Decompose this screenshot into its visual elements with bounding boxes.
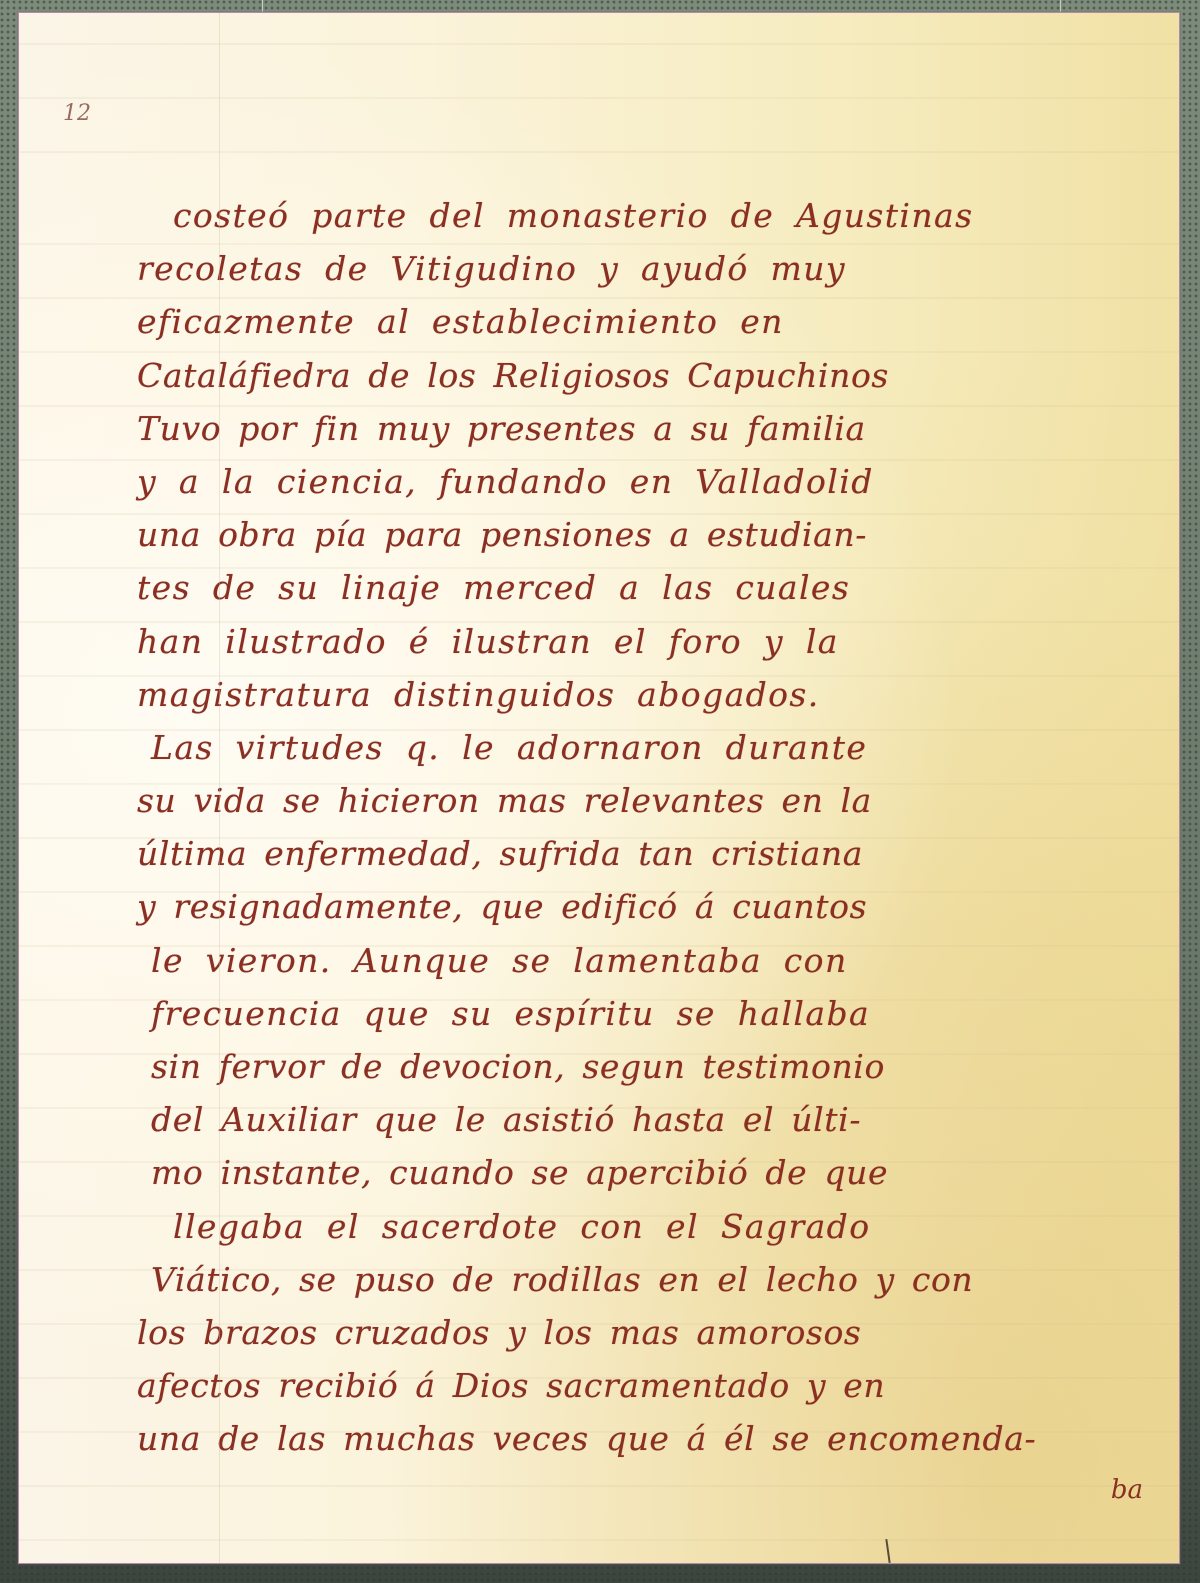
paper-tear (885, 1539, 890, 1563)
manuscript-line: y resignadamente, que edificó á cuantos (137, 880, 1177, 933)
manuscript-line: sin fervor de devocion, segun testimonio (137, 1040, 1177, 1093)
manuscript-line: Tuvo por fin muy presentes a su familia (137, 402, 1177, 455)
line-continuation: ba (1111, 1475, 1143, 1505)
page-number: 12 (63, 101, 91, 126)
manuscript-line: llegaba el sacerdote con el Sagrado (137, 1200, 1177, 1253)
manuscript-line: y a la ciencia, fundando en Valladolid (137, 455, 1177, 508)
manuscript-line: tes de su linaje merced a las cuales (137, 561, 1177, 614)
manuscript-line: han ilustrado é ilustran el foro y la (137, 615, 1177, 668)
manuscript-line: los brazos cruzados y los mas amorosos (137, 1306, 1177, 1359)
manuscript-line: eficazmente al establecimiento en (137, 295, 1177, 348)
manuscript-page: 12 costeó parte del monasterio de Agusti… (18, 12, 1180, 1564)
manuscript-line: frecuencia que su espíritu se hallaba (137, 987, 1177, 1040)
manuscript-line: Viático, se puso de rodillas en el lecho… (137, 1253, 1177, 1306)
manuscript-line: Las virtudes q. le adornaron durante (137, 721, 1177, 774)
manuscript-line: Cataláfiedra de los Religiosos Capuchino… (137, 349, 1177, 402)
manuscript-line: su vida se hicieron mas relevantes en la (137, 774, 1177, 827)
manuscript-line: del Auxiliar que le asistió hasta el últ… (137, 1093, 1177, 1146)
manuscript-text: costeó parte del monasterio de Agustinas… (137, 189, 1177, 1466)
manuscript-line: costeó parte del monasterio de Agustinas (137, 189, 1177, 242)
manuscript-line: última enfermedad, sufrida tan cristiana (137, 827, 1177, 880)
manuscript-line: recoletas de Vitigudino y ayudó muy (137, 242, 1177, 295)
manuscript-line: mo instante, cuando se apercibió de que (137, 1146, 1177, 1199)
manuscript-line: una obra pía para pensiones a estudian- (137, 508, 1177, 561)
manuscript-line: le vieron. Aunque se lamentaba con (137, 934, 1177, 987)
manuscript-line: magistratura distinguidos abogados. (137, 668, 1177, 721)
manuscript-line: afectos recibió á Dios sacramentado y en (137, 1359, 1177, 1412)
manuscript-line: una de las muchas veces que á él se enco… (137, 1412, 1177, 1465)
